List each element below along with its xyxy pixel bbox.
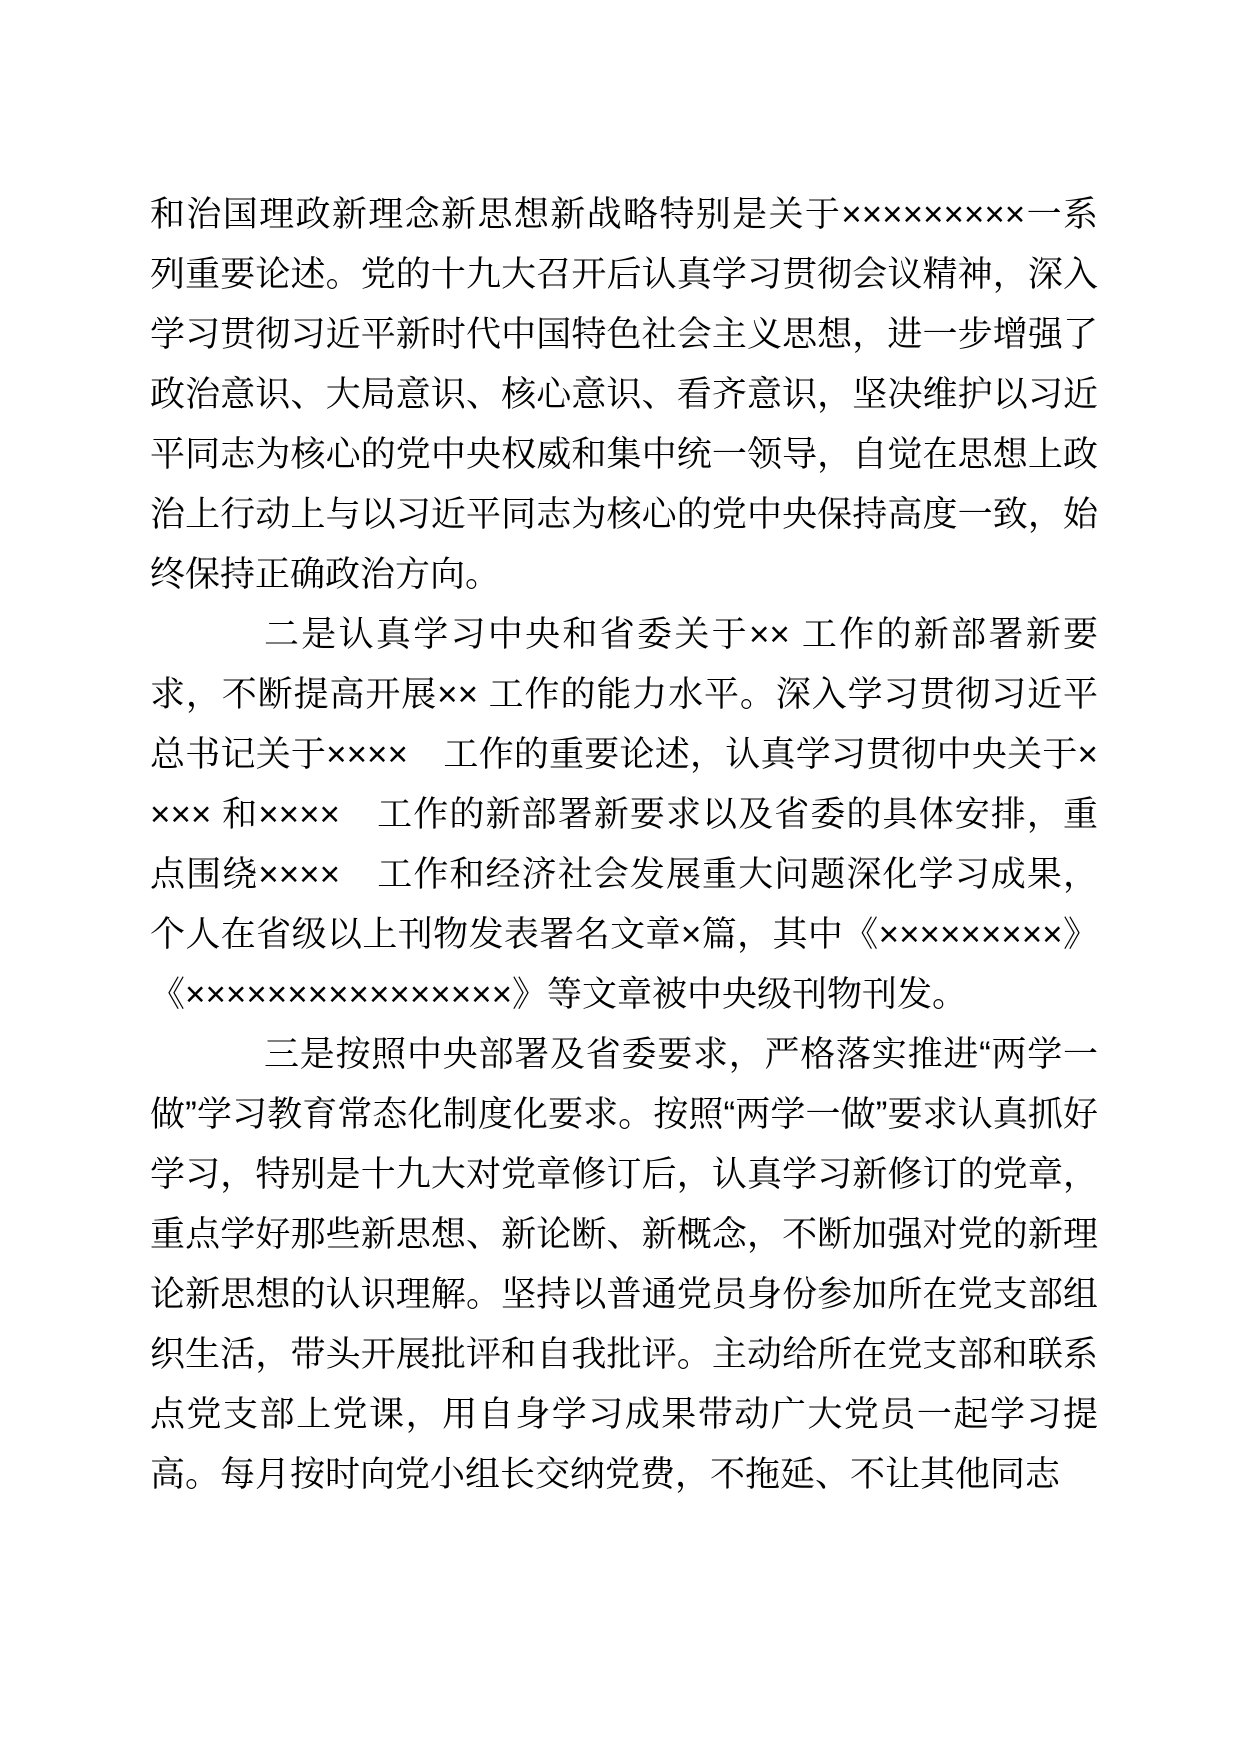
document-body: 和治国理政新理念新思想新战略特别是关于×××××××××一系列重要论述。党的十九… [150, 185, 1098, 1505]
paragraph-point-two: 二是认真学习中央和省委关于×× 工作的新部署新要求，不断提高开展×× 工作的能力… [150, 605, 1098, 1025]
paragraph-continuation: 和治国理政新理念新思想新战略特别是关于×××××××××一系列重要论述。党的十九… [150, 185, 1098, 605]
document-page: 和治国理政新理念新思想新战略特别是关于×××××××××一系列重要论述。党的十九… [0, 0, 1240, 1754]
paragraph-point-three: 三是按照中央部署及省委要求，严格落实推进“两学一做”学习教育常态化制度化要求。按… [150, 1025, 1098, 1505]
